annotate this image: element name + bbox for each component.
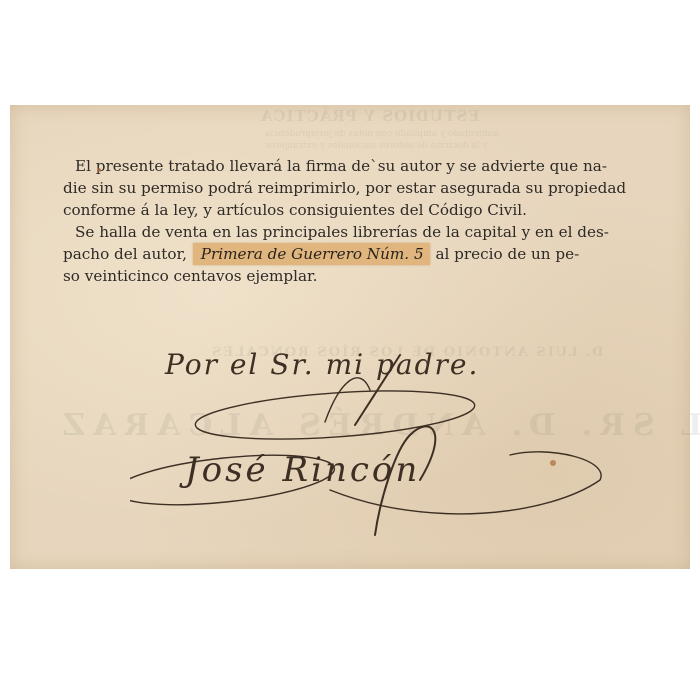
printed-notice: El presente tratado llevará la firma de`… <box>63 155 668 287</box>
show-through-heading: ESTUDIOS Y PRÁCTICA <box>260 107 480 125</box>
paragraph-2-line-2: pacho del autor, Primera de Guerrero Núm… <box>63 243 668 265</box>
paragraph-2-line-2-end: al precio de un pe- <box>435 245 579 263</box>
paragraph-2-line-1: Se halla de venta en las principales lib… <box>63 221 668 243</box>
show-through-small-1: aumentado y ampliado con notas de jurisp… <box>265 129 499 139</box>
document-page: ESTUDIOS Y PRÁCTICA aumentado y ampliado… <box>10 105 690 569</box>
paragraph-2-line-3: so veinticinco centavos ejemplar. <box>63 265 668 287</box>
paragraph-1-line-2: die sin su permiso podrá reimprimirlo, p… <box>63 177 668 199</box>
paragraph-1-line-3: conforme á la ley, y artículos consiguie… <box>63 199 668 221</box>
paper-stain <box>550 460 556 466</box>
show-through-small-2: y la doctrina de autores nacionales y ex… <box>265 141 488 151</box>
paragraph-2-line-2-start: pacho del autor, <box>63 245 187 263</box>
handwritten-dedication: Por el Sr. mi padre. <box>165 348 479 381</box>
pasted-address-label: Primera de Guerrero Núm. 5 <box>193 243 430 265</box>
handwritten-name: José Rincón <box>185 450 420 490</box>
paragraph-1-line-1: El presente tratado llevará la firma de`… <box>63 155 668 177</box>
handwritten-signature: Por el Sr. mi padre. José Rincón <box>130 330 630 550</box>
paper-stain <box>97 168 101 172</box>
